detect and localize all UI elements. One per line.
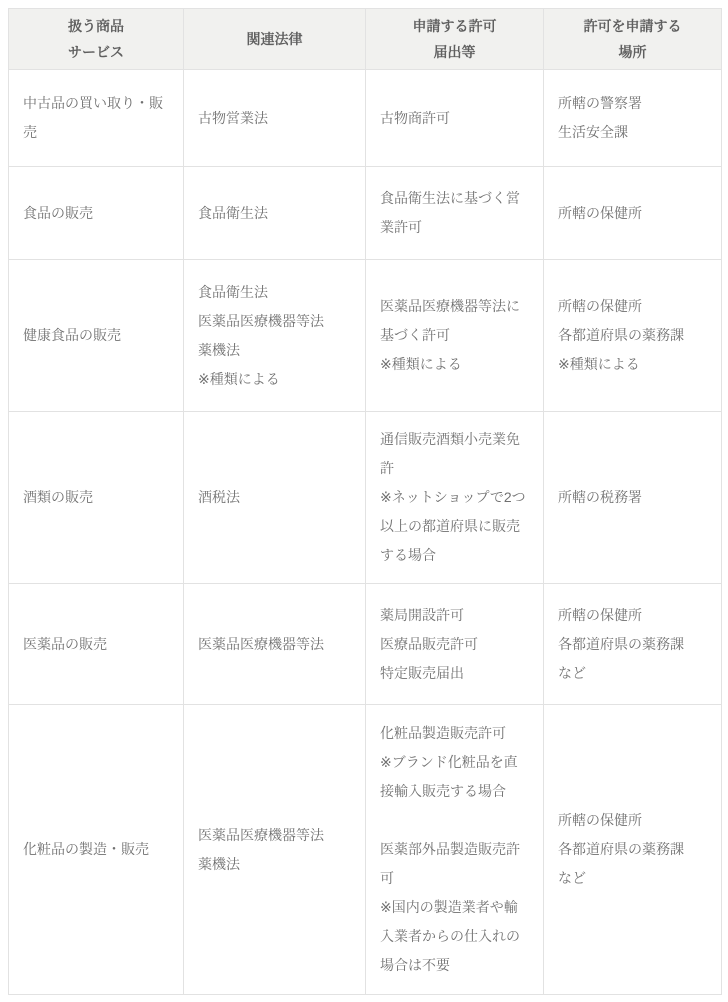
cell-law: 酒税法 xyxy=(184,412,366,584)
cell-product: 医薬品の販売 xyxy=(9,584,184,705)
column-header-permit: 申請する許可 届出等 xyxy=(366,9,544,70)
cell-place: 所轄の保健所 各都道府県の薬務課 など xyxy=(544,705,722,995)
cell-permit: 食品衛生法に基づく営業許可 xyxy=(366,167,544,260)
cell-permit: 薬局開設許可 医療品販売許可 特定販売届出 xyxy=(366,584,544,705)
column-header-place: 許可を申請する 場所 xyxy=(544,9,722,70)
cell-product: 中古品の買い取り・販売 xyxy=(9,70,184,167)
cell-product: 化粧品の製造・販売 xyxy=(9,705,184,995)
cell-place: 所轄の税務署 xyxy=(544,412,722,584)
table-row-pharmaceuticals: 医薬品の販売 医薬品医療機器等法 薬局開設許可 医療品販売許可 特定販売届出 所… xyxy=(9,584,722,705)
cell-place: 所轄の保健所 xyxy=(544,167,722,260)
table-row-used-goods: 中古品の買い取り・販売 古物営業法 古物商許可 所轄の警察署 生活安全課 xyxy=(9,70,722,167)
cell-product: 食品の販売 xyxy=(9,167,184,260)
cell-permit: 化粧品製造販売許可 ※ブランド化粧品を直接輸入販売する場合 医薬部外品製造販売許… xyxy=(366,705,544,995)
table-row-alcohol: 酒類の販売 酒税法 通信販売酒類小売業免許 ※ネットショップで2つ以上の都道府県… xyxy=(9,412,722,584)
cell-place: 所轄の警察署 生活安全課 xyxy=(544,70,722,167)
permits-table: 扱う商品 サービス 関連法律 申請する許可 届出等 許可を申請する 場所 中古品… xyxy=(8,8,722,995)
cell-law: 食品衛生法 xyxy=(184,167,366,260)
page: 扱う商品 サービス 関連法律 申請する許可 届出等 許可を申請する 場所 中古品… xyxy=(0,0,728,1002)
cell-law: 食品衛生法 医薬品医療機器等法 薬機法 ※種類による xyxy=(184,260,366,412)
cell-permit: 医薬品医療機器等法に基づく許可 ※種類による xyxy=(366,260,544,412)
column-header-product: 扱う商品 サービス xyxy=(9,9,184,70)
table-header-row: 扱う商品 サービス 関連法律 申請する許可 届出等 許可を申請する 場所 xyxy=(9,9,722,70)
cell-law: 古物営業法 xyxy=(184,70,366,167)
cell-place: 所轄の保健所 各都道府県の薬務課 ※種類による xyxy=(544,260,722,412)
cell-place: 所轄の保健所 各都道府県の薬務課 など xyxy=(544,584,722,705)
column-header-law: 関連法律 xyxy=(184,9,366,70)
cell-permit: 通信販売酒類小売業免許 ※ネットショップで2つ以上の都道府県に販売する場合 xyxy=(366,412,544,584)
table-row-health-food: 健康食品の販売 食品衛生法 医薬品医療機器等法 薬機法 ※種類による 医薬品医療… xyxy=(9,260,722,412)
cell-law: 医薬品医療機器等法 xyxy=(184,584,366,705)
cell-product: 酒類の販売 xyxy=(9,412,184,584)
cell-permit: 古物商許可 xyxy=(366,70,544,167)
cell-product: 健康食品の販売 xyxy=(9,260,184,412)
table-row-food: 食品の販売 食品衛生法 食品衛生法に基づく営業許可 所轄の保健所 xyxy=(9,167,722,260)
cell-law: 医薬品医療機器等法 薬機法 xyxy=(184,705,366,995)
table-row-cosmetics: 化粧品の製造・販売 医薬品医療機器等法 薬機法 化粧品製造販売許可 ※ブランド化… xyxy=(9,705,722,995)
